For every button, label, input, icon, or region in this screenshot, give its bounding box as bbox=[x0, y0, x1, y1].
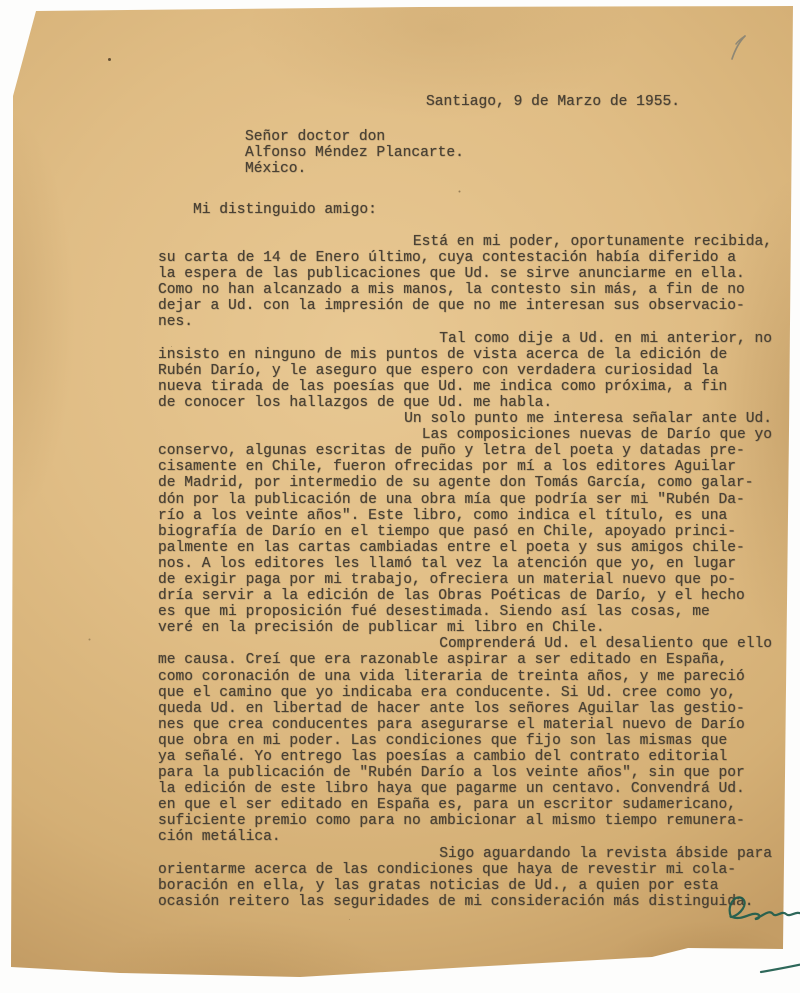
letter-line: biografía de Darío en el tiempo que pasó… bbox=[158, 524, 772, 540]
letter-line: Tal como dije a Ud. en mi anterior, no bbox=[158, 331, 772, 347]
letter-line: me causa. Creí que era razonable aspirar… bbox=[158, 652, 772, 668]
letter-line: Las composiciones nuevas de Darío que yo bbox=[158, 427, 772, 443]
letter-line: dón por la publicación de una obra mía q… bbox=[158, 492, 772, 508]
letter-line: suficiente premio como para no ambiciona… bbox=[158, 813, 772, 829]
signature-handwriting bbox=[703, 884, 800, 982]
letter-line: es que mi proposición fué desestimada. S… bbox=[158, 604, 772, 620]
letter-line: la espera de las publicaciones que Ud. s… bbox=[158, 266, 772, 282]
addressee-line: México. bbox=[245, 161, 464, 177]
date-line: Santiago, 9 de Marzo de 1955. bbox=[426, 94, 680, 110]
addressee-block: Señor doctor don Alfonso Méndez Plancart… bbox=[245, 129, 464, 177]
letter-line: cisamente en Chile, fueron ofrecidas por… bbox=[158, 459, 772, 475]
letter-line: dejar a Ud. con la impresión de que no m… bbox=[158, 298, 772, 314]
letter-line: Rubén Darío, y le aseguro que espero con… bbox=[158, 363, 772, 379]
letter-line: nueva tirada de las poesías que Ud. me i… bbox=[158, 379, 772, 395]
letter-line: insisto en ninguno de mis puntos de vist… bbox=[158, 347, 772, 363]
letter-line: Un solo punto me interesa señalar ante U… bbox=[158, 411, 772, 427]
letter-line: Está en mi poder, oportunamente recibida… bbox=[158, 234, 772, 250]
letter-line: Como no han alcanzado a mis manos, la co… bbox=[158, 282, 772, 298]
letter-line: dría servir a la edición de las Obras Po… bbox=[158, 588, 772, 604]
letter-line: ya señalé. Yo entrego las poesías a camb… bbox=[158, 749, 772, 765]
letter-line: que el camino que yo indicaba era conduc… bbox=[158, 685, 772, 701]
addressee-line: Alfonso Méndez Plancarte. bbox=[245, 145, 464, 161]
letter-line: orientarme acerca de las condiciones que… bbox=[158, 862, 772, 878]
scanned-letter-page: Santiago, 9 de Marzo de 1955. Señor doct… bbox=[0, 0, 800, 993]
letter-line: nos. A los editores les llamó tal vez la… bbox=[158, 556, 772, 572]
letter-line: de exigir paga por mi trabajo, ofreciera… bbox=[158, 572, 772, 588]
salutation-line: Mi distinguido amigo: bbox=[193, 202, 377, 218]
letter-line: veré en la precisión de publicar mi libr… bbox=[158, 620, 772, 636]
letter-line: nes. bbox=[158, 314, 772, 330]
letter-line: Sigo aguardando la revista ábside para bbox=[158, 846, 772, 862]
paper-specks bbox=[108, 58, 111, 61]
letter-line: de conocer los hallazgos de que Ud. me h… bbox=[158, 395, 772, 411]
letter-line: la edición de este libro haya que pagarm… bbox=[158, 781, 772, 797]
letter-line: palmente en las cartas cambiadas entre e… bbox=[158, 540, 772, 556]
letter-line: que obra en mi poder. Las condiciones qu… bbox=[158, 733, 772, 749]
letter-line: nes que crea conducentes para asegurarse… bbox=[158, 717, 772, 733]
letter-line: de Madrid, por intermedio de su agente d… bbox=[158, 475, 772, 491]
letter-line: boración en ella, y las gratas noticias … bbox=[158, 878, 772, 894]
letter-line: como coronación de una vida literaria de… bbox=[158, 669, 772, 685]
letter-line: ocasión reitero las seguridades de mi co… bbox=[158, 894, 772, 910]
letter-body: Está en mi poder, oportunamente recibida… bbox=[158, 234, 772, 910]
letter-content: Santiago, 9 de Marzo de 1955. Señor doct… bbox=[158, 0, 772, 993]
addressee-line: Señor doctor don bbox=[245, 129, 464, 145]
letter-line: Comprenderá Ud. el desaliento que ello bbox=[158, 636, 772, 652]
letter-line: para la publicación de "Rubén Darío a lo… bbox=[158, 765, 772, 781]
letter-line: queda Ud. en libertad de hacer ante los … bbox=[158, 701, 772, 717]
letter-line: ción metálica. bbox=[158, 829, 772, 845]
letter-line: su carta de 14 de Enero último, cuya con… bbox=[158, 250, 772, 266]
letter-line: conservo, algunas escritas de puño y let… bbox=[158, 443, 772, 459]
letter-line: río a los veinte años". Este libro, como… bbox=[158, 508, 772, 524]
letter-line: en que el ser editado en España es, para… bbox=[158, 797, 772, 813]
